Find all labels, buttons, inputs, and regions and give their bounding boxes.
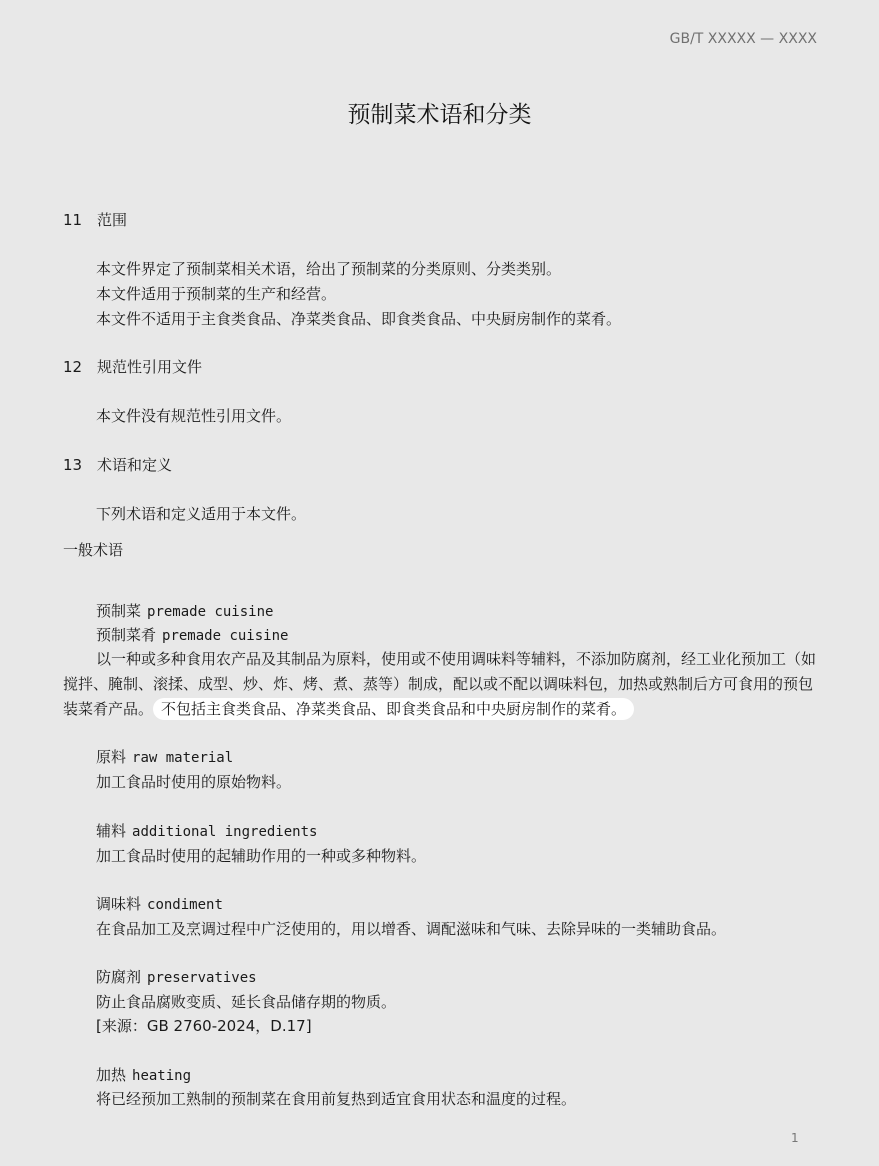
section-heading-terms-definitions: 13术语和定义 — [63, 454, 172, 475]
section-title: 规范性引用文件 — [97, 358, 202, 376]
subheading-general-terms: 一般术语 — [63, 539, 123, 560]
term-premade-cuisine: 预制菜premade cuisine — [96, 600, 273, 621]
section-title: 术语和定义 — [97, 456, 172, 474]
definition-raw-material: 加工食品时使用的原始物料。 — [96, 771, 291, 792]
term-en: premade cuisine — [162, 628, 288, 644]
term-zh: 辅料 — [96, 822, 126, 840]
definition-condiment: 在食品加工及烹调过程中广泛使用的，用以增香、调配滋味和气味、去除异味的一类辅助食… — [96, 918, 726, 939]
term-zh: 防腐剂 — [96, 968, 141, 986]
source-citation: [来源：GB 2760-2024，D.17] — [96, 1015, 312, 1036]
term-en: raw material — [132, 750, 233, 766]
section-number: 11 — [63, 211, 97, 229]
term-preservatives: 防腐剂preservatives — [96, 966, 257, 987]
term-raw-material: 原料raw material — [96, 746, 233, 767]
document-title: 预制菜术语和分类 — [0, 96, 879, 129]
section-title: 范围 — [97, 211, 127, 229]
paragraph: 下列术语和定义适用于本文件。 — [96, 503, 306, 524]
term-en: premade cuisine — [147, 604, 273, 620]
definition-heating: 将已经预加工熟制的预制菜在食用前复热到适宜食用状态和温度的过程。 — [96, 1088, 576, 1109]
paragraph: 本文件适用于预制菜的生产和经营。 — [96, 283, 336, 304]
term-additional-ingredients: 辅料additional ingredients — [96, 820, 317, 841]
definition-premade-cuisine: 以一种或多种食用农产品及其制品为原料，使用或不使用调味料等辅料，不添加防腐剂，经… — [63, 647, 823, 722]
term-condiment: 调味料condiment — [96, 893, 223, 914]
standard-code: GB/T XXXXX — XXXX — [670, 31, 817, 47]
term-heating: 加热heating — [96, 1064, 191, 1085]
term-zh: 预制菜 — [96, 602, 141, 620]
term-zh: 预制菜肴 — [96, 626, 156, 644]
paragraph: 本文件界定了预制菜相关术语，给出了预制菜的分类原则、分类类别。 — [96, 258, 561, 279]
highlighted-exclusion: 不包括主食类食品、净菜类食品、即食类食品和中央厨房制作的菜肴。 — [153, 698, 634, 720]
section-number: 12 — [63, 358, 97, 376]
term-zh: 原料 — [96, 748, 126, 766]
term-premade-cuisine-alt: 预制菜肴premade cuisine — [96, 624, 288, 645]
section-heading-normative-references: 12规范性引用文件 — [63, 356, 202, 377]
paragraph: 本文件不适用于主食类食品、净菜类食品、即食类食品、中央厨房制作的菜肴。 — [96, 308, 621, 329]
paragraph: 本文件没有规范性引用文件。 — [96, 405, 291, 426]
term-en: condiment — [147, 897, 223, 913]
term-en: heating — [132, 1068, 191, 1084]
term-en: preservatives — [147, 970, 257, 986]
definition-preservatives: 防止食品腐败变质、延长食品储存期的物质。 — [96, 991, 396, 1012]
term-zh: 加热 — [96, 1066, 126, 1084]
definition-additional-ingredients: 加工食品时使用的起辅助作用的一种或多种物料。 — [96, 845, 426, 866]
term-zh: 调味料 — [96, 895, 141, 913]
section-number: 13 — [63, 456, 97, 474]
section-heading-scope: 11范围 — [63, 209, 127, 230]
term-en: additional ingredients — [132, 824, 317, 840]
page-number: 1 — [791, 1131, 799, 1145]
